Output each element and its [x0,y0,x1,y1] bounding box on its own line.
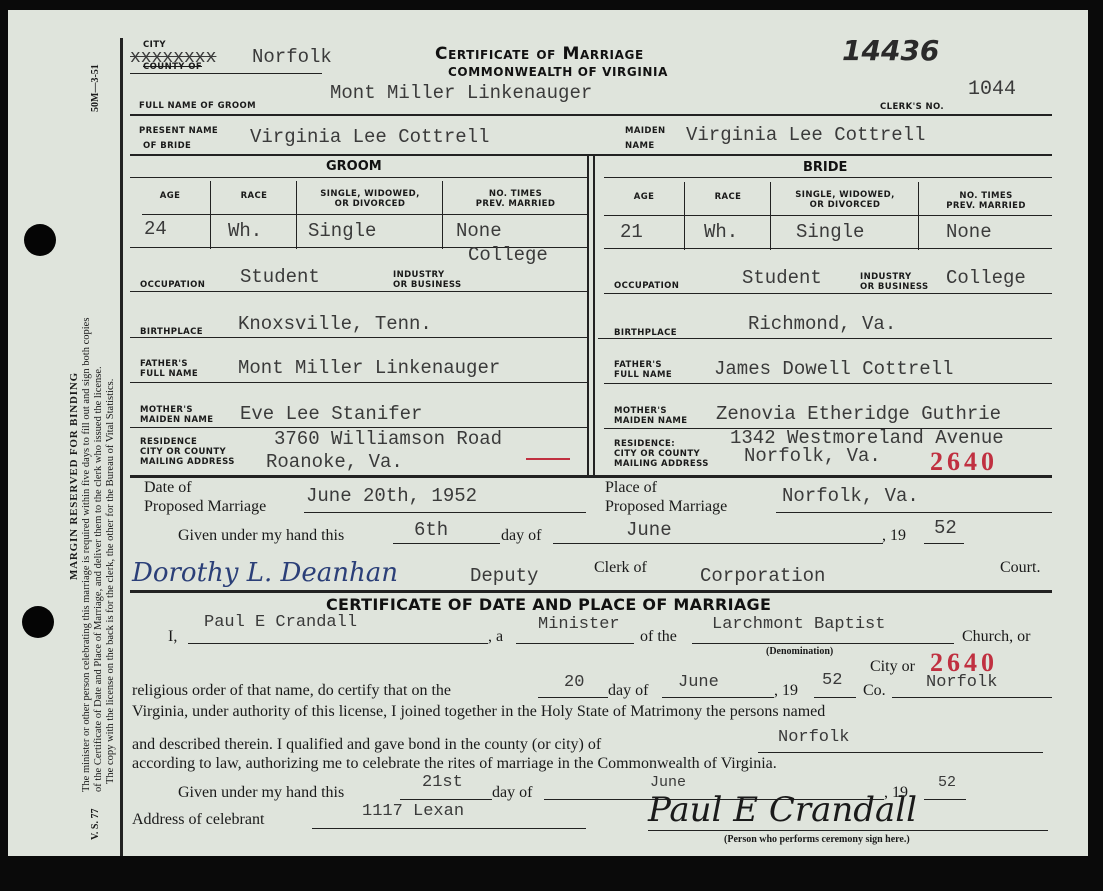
groom-father-label-1: FATHER'S [140,359,188,369]
groom-mother-value: Eve Lee Stanifer [240,403,422,425]
proposed-date-label: Date ofProposed Marriage [144,478,266,516]
bride-heading: BRIDE [803,160,847,175]
bride-age-label: AGE [604,192,684,202]
marriage-month-underline [662,697,774,698]
groom-col-divider-2 [296,181,297,249]
bride-present-name-value: Virginia Lee Cottrell [250,126,489,148]
groom-father-divider [130,382,587,383]
form-code: 50M—3-51 [90,64,101,112]
groom-times-label-2: PREV. MARRIED [476,199,556,209]
celebrant-signature: Paul E Crandall [648,790,917,830]
groom-colhead-divider [142,214,587,215]
groom-residence-label-2: CITY OR COUNTY [140,447,226,457]
clerk-signature: Dorothy L. Deanhan [132,558,398,588]
proposed-place-value: Norfolk, Va. [782,485,919,507]
bride-industry-label-1: INDUSTRY [860,272,912,282]
bride-father-divider [604,383,1052,384]
certificate-number: 14436 [842,34,939,67]
marriage-month: June [678,673,719,692]
celebrant-year-underline [924,799,966,800]
groom-race-value: Wh. [228,220,262,242]
license-given-month: June [626,519,672,541]
virginia-authority-text: Virginia, under authority of this licens… [132,703,825,721]
bride-times-label-2: PREV. MARRIED [946,201,1026,211]
bride-heading-divider [604,177,1052,178]
bride-birthplace-value: Richmond, Va. [748,313,896,335]
bride-industry-label-2: OR BUSINESS [860,282,929,292]
officiant-underline [188,643,488,644]
binding-hole-top [24,224,56,256]
groom-birthplace-divider [130,337,587,338]
bond-county: Norfolk [778,728,849,747]
bride-race-label: RACE [686,192,770,202]
church-value: Larchmont Baptist [712,615,885,634]
bride-status-label-1: SINGLE, WIDOWED, [795,190,894,200]
margin-instruction-1: The minister or other person celebrating… [81,318,92,792]
bride-status-value: Single [796,221,864,243]
marriage-year-prefix: , 19 [774,682,798,700]
bride-occupation-label: OCCUPATION [614,281,679,291]
clerk-number-value: 1044 [968,78,1016,101]
maiden-label-2: NAME [625,141,655,151]
groom-residence-label: RESIDENCECITY OR COUNTYMAILING ADDRESS [140,437,235,467]
center-divider-left [587,156,589,476]
groom-industry-label-1: INDUSTRY [393,270,445,280]
celebrant-given-day: 21st [422,773,463,792]
deputy-label: Deputy [470,565,538,587]
court-value: Corporation [700,565,825,587]
license-day-of: day of [501,527,541,545]
bride-father-value: James Dowell Cottrell [714,358,953,380]
groom-status-label-1: SINGLE, WIDOWED, [320,189,419,199]
according-to-law-text: according to law, authorizing me to cele… [132,755,777,773]
groom-race-label: RACE [212,191,296,201]
license-day-underline [393,543,500,544]
groom-age-value: 24 [144,218,167,240]
clerk-number-label: CLERK'S NO. [880,102,944,112]
groom-status-value: Single [308,220,376,242]
bride-mother-label-2: MAIDEN NAME [614,416,688,426]
bride-mother-label-1: MOTHER'S [614,406,667,416]
groom-name-value: Mont Miller Linkenauger [330,82,592,104]
marriage-day-of: day of [608,682,648,700]
bride-residence-label: RESIDENCE:CITY OR COUNTYMAILING ADDRESS [614,439,709,469]
form-number: V. S. 77 [90,809,101,841]
bride-residence-line-2: Norfolk, Va. [744,445,881,467]
license-given-year: 52 [934,517,957,539]
court-label: Court. [1000,559,1040,577]
bride-times-label: NO. TIMESPREV. MARRIED [920,191,1052,211]
groom-residence-label-3: MAILING ADDRESS [140,457,235,467]
groom-mother-label-1: MOTHER'S [140,405,193,415]
groom-residence-line-2: Roanoke, Va. [266,451,403,473]
marriage-day-underline [538,697,608,698]
proposed-place-label-2: Proposed Marriage [605,498,727,515]
sign-here-caption: (Person who performs ceremony sign here.… [724,834,910,845]
celebrant-given-text: Given under my hand this [178,784,344,802]
bride-colhead-divider [604,215,1052,216]
bride-status-label: SINGLE, WIDOWED,OR DIVORCED [772,190,918,210]
proposed-place-label: Place ofProposed Marriage [605,478,727,516]
proposed-date-label-2: Proposed Marriage [144,498,266,515]
signature-line [648,830,1048,831]
groom-age-label: AGE [130,191,210,201]
proposed-date-underline [304,512,586,513]
groom-col-divider-1 [210,181,211,249]
bride-age-value: 21 [620,221,643,243]
city-value: Norfolk [252,46,332,68]
city-underline [130,73,322,74]
officiant-role: Minister [538,615,620,634]
groom-heading: GROOM [326,159,382,174]
officiant-a-label: , a [488,628,503,646]
center-divider-right [593,156,595,476]
proposed-date-value: June 20th, 1952 [306,485,477,507]
bride-col-divider-2 [770,182,771,250]
marriage-day: 20 [564,673,584,692]
groom-mother-label: MOTHER'SMAIDEN NAME [140,405,214,425]
celebrant-day-of: day of [492,784,532,802]
binding-hole-bottom [22,606,54,638]
maiden-label-1: MAIDEN [625,126,666,136]
license-given-text: Given under my hand this [178,527,344,545]
groom-residence-line-1: 3760 Williamson Road [274,428,502,450]
church-underline [692,643,954,644]
groom-father-label: FATHER'SFULL NAME [140,359,198,379]
divider-certificate-section [130,590,1052,593]
license-month-underline [553,543,883,544]
bride-occupation-divider [604,293,1052,294]
officiant-i-label: I, [168,628,177,646]
margin-instruction-2: of the Certificate of Date and Place of … [93,366,104,792]
celebrant-given-year: 52 [938,774,956,791]
marriage-county-underline [892,697,1052,698]
groom-name-label: FULL NAME OF GROOM [139,101,256,111]
marriage-certificate-page: 50M—3-51 V. S. 77 MARGIN RESERVED FOR BI… [8,10,1088,856]
red-pencil-mark [526,458,570,460]
groom-mother-label-2: MAIDEN NAME [140,415,214,425]
groom-occupation-divider [130,291,587,292]
celebrant-address-value: 1117 Lexan [362,802,464,821]
church-or-label: Church, or [962,628,1030,646]
marriage-county: Norfolk [926,673,997,692]
groom-status-label-2: OR DIVORCED [335,199,406,209]
proposed-place-underline [776,512,1052,513]
bride-maiden-name-value: Virginia Lee Cottrell [686,124,925,146]
celebrant-day-underline [400,799,492,800]
bride-mother-value: Zenovia Etheridge Guthrie [716,403,1001,425]
described-text: and described therein. I qualified and g… [132,736,601,754]
bride-father-label: FATHER'SFULL NAME [614,360,672,380]
bride-col-divider-1 [684,182,685,250]
celebrant-address-underline [312,828,586,829]
groom-industry-label: INDUSTRYOR BUSINESS [393,270,462,290]
bride-birthplace-label: BIRTHPLACE [614,328,677,338]
certificate-title: Certificate of Marriage [435,44,644,64]
groom-occupation-value: Student [240,266,320,288]
bride-father-label-2: FULL NAME [614,370,672,380]
clerk-of-label: Clerk of [594,559,647,577]
margin-binding-notice: MARGIN RESERVED FOR BINDING [68,372,80,580]
bride-residence-label-1: RESIDENCE: [614,439,675,449]
city-or-label: City or [870,658,915,676]
celebrant-given-month: June [650,774,686,791]
groom-residence-label-1: RESIDENCE [140,437,197,447]
bride-industry-label: INDUSTRYOR BUSINESS [860,272,929,292]
proposed-date-label-1: Date of [144,479,192,496]
groom-occupation-label: OCCUPATION [140,280,205,290]
license-year-prefix: , 19 [882,527,906,545]
divider-license-section [130,475,1052,478]
marriage-year-underline [814,697,856,698]
margin-instruction-3: The copy with the license on the back is… [105,379,116,784]
bride-occupation-value: Student [742,267,822,289]
groom-times-label-1: NO. TIMES [489,189,542,199]
groom-industry-value: College [468,244,548,266]
form-left-border [120,38,123,856]
bride-residence-label-3: MAILING ADDRESS [614,459,709,469]
bride-mother-label: MOTHER'SMAIDEN NAME [614,406,688,426]
county-co-label: Co. [863,682,886,700]
bride-residence-label-2: CITY OR COUNTY [614,449,700,459]
bride-race-value: Wh. [704,221,738,243]
bride-status-label-2: OR DIVORCED [810,200,881,210]
bride-row-divider [604,248,1052,249]
certificate-subtitle: Commonwealth of Virginia [448,65,668,79]
certificate-heading: CERTIFICATE OF DATE AND PLACE OF MARRIAG… [326,595,771,614]
bride-times-value: None [946,221,992,243]
bride-present-label-2: OF BRIDE [143,141,191,151]
groom-col-divider-3 [442,181,443,249]
officiant-name: Paul E Crandall [204,613,357,632]
groom-birthplace-value: Knoxsville, Tenn. [238,313,432,335]
groom-birthplace-label: BIRTHPLACE [140,327,203,337]
of-the-label: of the [640,628,677,646]
license-year-underline [924,543,964,544]
religious-order-text: religious order of that name, do certify… [132,682,451,700]
groom-father-value: Mont Miller Linkenauger [238,357,500,379]
county-label: COUNTY OF [143,62,202,72]
groom-status-label: SINGLE, WIDOWED,OR DIVORCED [298,189,442,209]
marriage-year: 52 [822,671,842,690]
license-given-day: 6th [414,519,448,541]
divider-groom-name [130,114,1052,116]
bride-industry-value: College [946,267,1026,289]
bond-county-underline [758,752,1043,753]
red-stamp-number-1: 2640 [930,447,998,477]
groom-times-value: None [456,220,502,242]
bride-col-divider-3 [918,182,919,250]
divider-bride-name [130,154,1052,156]
denomination-label: (Denomination) [766,646,833,657]
celebrant-address-label: Address of celebrant [132,811,264,829]
bride-birthplace-divider [598,338,1052,339]
bride-present-label-1: PRESENT NAME [139,126,218,136]
groom-heading-divider [130,177,587,178]
groom-industry-label-2: OR BUSINESS [393,280,462,290]
groom-times-label: NO. TIMESPREV. MARRIED [444,189,587,209]
role-underline [516,643,634,644]
proposed-place-label-1: Place of [605,479,657,496]
groom-father-label-2: FULL NAME [140,369,198,379]
bride-times-label-1: NO. TIMES [959,191,1012,201]
bride-father-label-1: FATHER'S [614,360,662,370]
